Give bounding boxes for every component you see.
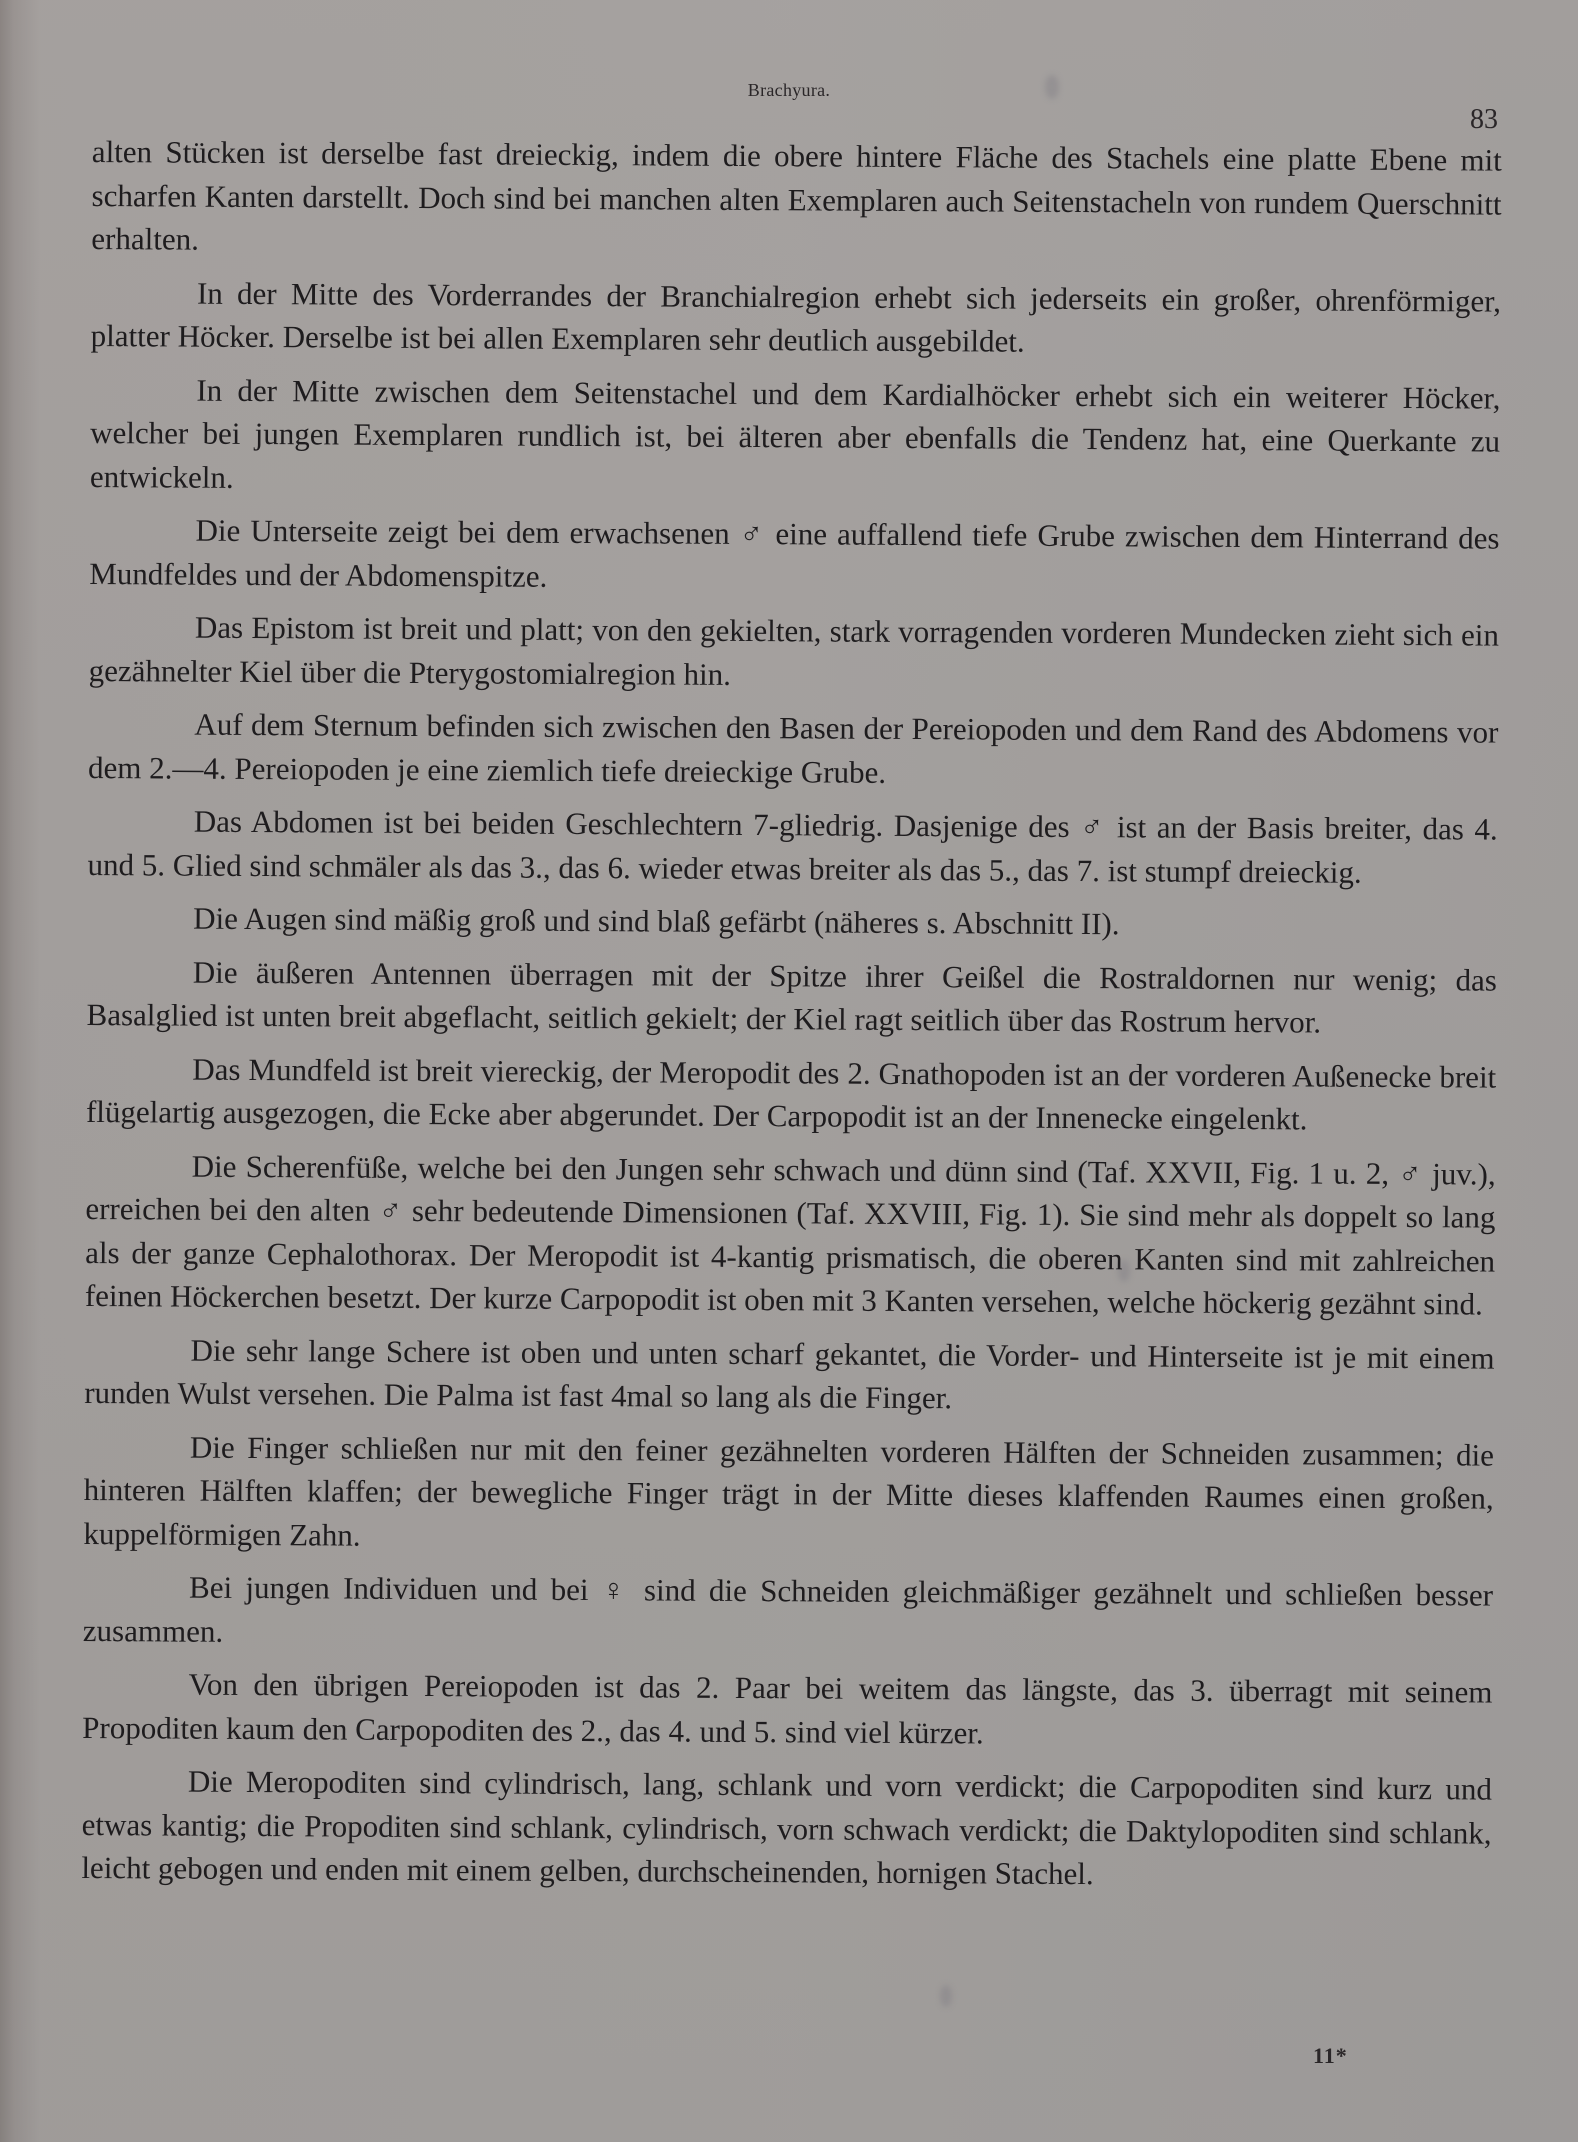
book-page: Brachyura. 83 alten Stücken ist derselbe… (0, 0, 1578, 2142)
signature-mark: 11* (1313, 2043, 1348, 2069)
paper-stain (940, 1985, 952, 2007)
paragraph: Die Finger schließen nur mit den feiner … (83, 1424, 1494, 1563)
paragraph: Die Scherenfüße, welche bei den Jungen s… (85, 1143, 1496, 1326)
paragraph: Das Abdomen ist bei beiden Geschlechtern… (87, 799, 1498, 895)
paragraph: Die Augen sind mäßig groß und sind blaß … (87, 896, 1497, 948)
paragraph: Auf dem Sternum befinden sich zwischen d… (88, 702, 1499, 798)
paragraph: Das Mundfeld ist breit viereckig, der Me… (86, 1046, 1497, 1142)
paragraph: alten Stücken ist derselbe fast dreiecki… (91, 130, 1502, 269)
paragraph: Von den übrigen Pereiopoden ist das 2. P… (82, 1662, 1493, 1758)
paragraph: Die äußeren Antennen überragen mit der S… (86, 949, 1497, 1045)
paragraph: Bei jungen Individuen und bei ♀ sind die… (83, 1565, 1494, 1661)
page-number: 83 (1470, 104, 1498, 136)
paragraph: Die Meropoditen sind cylindrisch, lang, … (81, 1759, 1492, 1898)
running-head: Brachyura. (0, 80, 1578, 101)
paragraph: Die sehr lange Schere ist oben und unten… (84, 1327, 1495, 1423)
paragraph: In der Mitte des Vorderrandes der Branch… (91, 270, 1502, 366)
paragraph: Die Unterseite zeigt bei dem erwachsenen… (89, 508, 1500, 604)
body-text: alten Stücken ist derselbe fast dreiecki… (81, 130, 1502, 1908)
paragraph: Das Epistom ist breit und platt; von den… (89, 605, 1500, 701)
paragraph: In der Mitte zwischen dem Seitenstachel … (90, 367, 1501, 506)
